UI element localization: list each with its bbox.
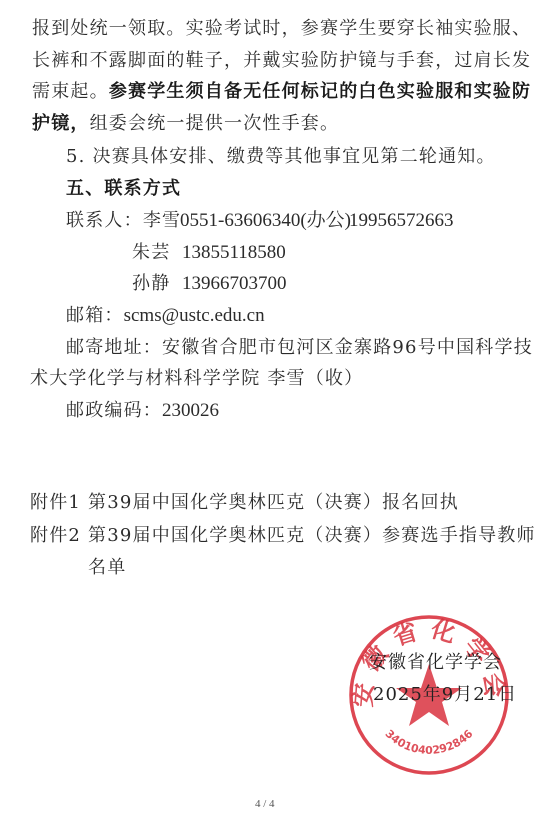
paragraph-line-1: 报到处统一领取。实验考试时，参赛学生要穿长袖实验服、 bbox=[32, 18, 531, 40]
email-address: scms@ustc.edu.cn bbox=[124, 305, 265, 326]
paragraph-line-3-start: 需束起。 bbox=[32, 81, 109, 102]
contact-phone: 13966703700 bbox=[182, 273, 287, 295]
email-row: 邮箱：scms@ustc.edu.cn bbox=[66, 305, 265, 327]
svg-text:3401040292846: 3401040292846 bbox=[383, 727, 476, 757]
attachment-1-label: 附件1 bbox=[30, 492, 81, 514]
bold-requirement-text-end: 护镜， bbox=[32, 113, 90, 134]
signature-org: 安徽省化学学会 bbox=[369, 652, 502, 674]
postcode-label: 邮政编码： bbox=[66, 400, 162, 421]
address-line-1: 安徽省合肥市包河区金寨路96号中国科学技 bbox=[162, 337, 533, 358]
postcode-row: 邮政编码：230026 bbox=[66, 400, 219, 422]
attachment-2-title-cont: 名单 bbox=[88, 557, 126, 579]
address-row-1: 邮寄地址：安徽省合肥市包河区金寨路96号中国科学技 bbox=[66, 337, 533, 359]
contact-phone: 13855118580 bbox=[182, 242, 286, 264]
address-label: 邮寄地址： bbox=[66, 337, 162, 358]
bold-requirement-text: 参赛学生须自备无任何标记的白色实验服和实验防 bbox=[109, 81, 531, 102]
paragraph-line-3: 需束起。参赛学生须自备无任何标记的白色实验服和实验防 bbox=[32, 81, 531, 103]
email-label: 邮箱： bbox=[66, 305, 124, 326]
paragraph-line-2: 长裤和不露脚面的鞋子，并戴实验防护镜与手套，过肩长发 bbox=[32, 50, 531, 72]
contact-name: 朱芸 bbox=[132, 242, 170, 264]
contact-name: 李雪 bbox=[143, 210, 181, 231]
postcode-value: 230026 bbox=[162, 400, 219, 421]
signature-date: 2025年9月21日 bbox=[373, 684, 517, 706]
contact-mobile: 19956572663 bbox=[349, 210, 454, 232]
contact-name: 孙静 bbox=[132, 273, 170, 295]
item-5: 5. 决赛具体安排、缴费等其他事宜见第二轮通知。 bbox=[66, 146, 496, 168]
contact-phone: 0551-63606340(办公) bbox=[180, 210, 351, 232]
attachment-1-title: 第39届中国化学奥林匹克（决赛）报名回执 bbox=[88, 492, 459, 514]
paragraph-line-4-rest: 组委会统一提供一次性手套。 bbox=[90, 113, 340, 134]
paragraph-line-4: 护镜，组委会统一提供一次性手套。 bbox=[32, 113, 339, 135]
page-number: 4 / 4 bbox=[255, 798, 275, 810]
attachment-2-title: 第39届中国化学奥林匹克（决赛）参赛选手指导教师 bbox=[88, 525, 536, 547]
attachment-2-label: 附件2 bbox=[30, 525, 81, 547]
section-heading: 五、联系方式 bbox=[66, 178, 181, 200]
contact-row-1: 联系人：李雪 bbox=[66, 210, 181, 232]
address-line-2: 术大学化学与材料科学学院 李雪（收） bbox=[30, 368, 363, 390]
contacts-label: 联系人： bbox=[66, 210, 143, 231]
